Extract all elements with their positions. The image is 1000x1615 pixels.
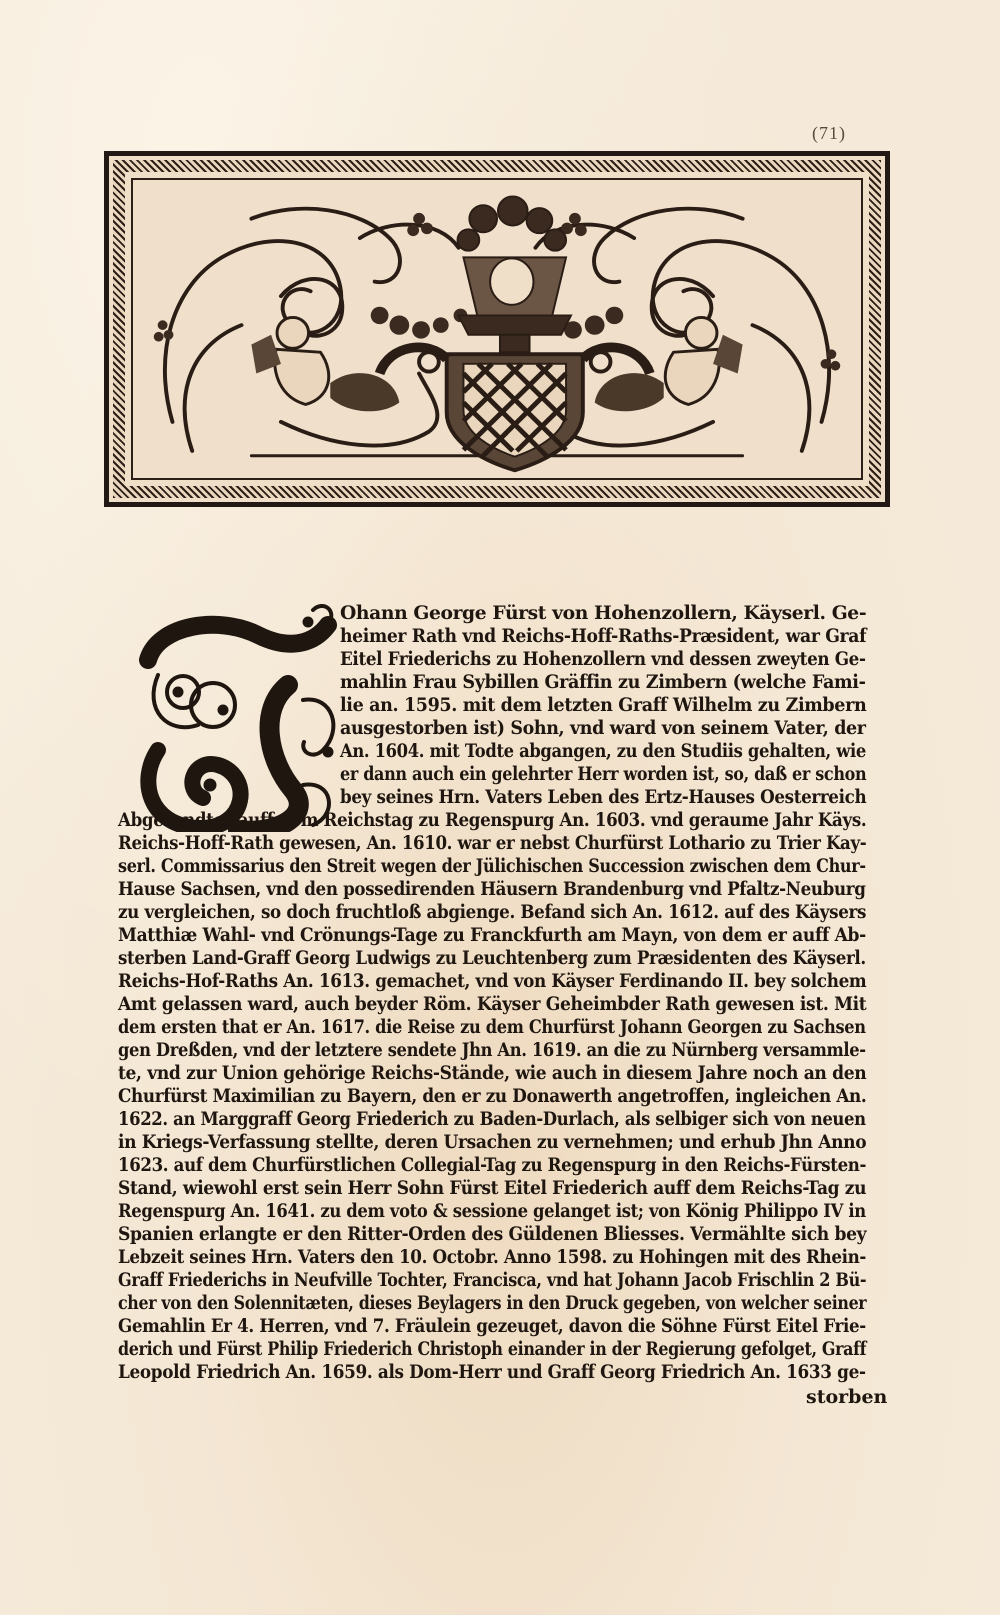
text-line: in Kriegs-Verfassung stellte, deren Ursa… bbox=[118, 1131, 866, 1154]
text-line: Amt gelassen ward, auch beyder Röm. Käys… bbox=[118, 993, 866, 1016]
text-line: Abgesandter auff dem Reichstag zu Regens… bbox=[118, 809, 866, 832]
text-line: ausgestorben ist) Sohn, vnd ward von sei… bbox=[340, 717, 824, 740]
text-line: zu vergleichen, so doch fruchtloß abgien… bbox=[118, 901, 866, 924]
text-line: gen Dreßden, vnd der letztere sendete Jh… bbox=[118, 1039, 866, 1062]
text-line: Gemahlin Er 4. Herren, vnd 7. Fräulein g… bbox=[118, 1315, 866, 1338]
text-line: An. 1604. mit Todte abgangen, zu den Stu… bbox=[340, 740, 793, 763]
text-line: bey seines Hrn. Vaters Leben des Ertz-Ha… bbox=[340, 786, 803, 809]
text-line: Churfürst Maximilian zu Bayern, den er z… bbox=[118, 1085, 866, 1108]
drop-cap-initial bbox=[128, 600, 346, 832]
text-line: mahlin Frau Sybillen Gräffin zu Zimbern … bbox=[340, 671, 827, 694]
text-line: Matthiæ Wahl- vnd Crönungs-Tage zu Franc… bbox=[118, 924, 866, 947]
text-line: sterben Land-Graff Georg Ludwigs zu Leuc… bbox=[118, 947, 866, 970]
ornamental-headpiece bbox=[104, 151, 890, 507]
text-line: serl. Commissarius den Streit wegen der … bbox=[118, 855, 866, 878]
text-line: 1623. auf dem Churfürstlichen Collegial-… bbox=[118, 1154, 866, 1177]
text-line: Hause Sachsen, vnd den possedirenden Häu… bbox=[118, 878, 866, 901]
text-line: Graff Friederichs in Neufville Tochter, … bbox=[118, 1269, 866, 1292]
catchword: storben bbox=[806, 1386, 887, 1408]
text-line: er dann auch ein gelehrter Herr worden i… bbox=[340, 763, 783, 786]
text-line: derich und Fürst Philip Friederich Chris… bbox=[118, 1338, 866, 1361]
text-line: cher von den Solennitæten, dieses Beylag… bbox=[118, 1292, 866, 1315]
text-line: Reichs-Hof-Raths An. 1613. gemachet, vnd… bbox=[118, 970, 866, 993]
text-line: Eitel Friederichs zu Hohenzollern vnd de… bbox=[340, 648, 804, 671]
text-line: Spanien erlangte er den Ritter-Orden des… bbox=[118, 1223, 866, 1246]
headpiece-engraving bbox=[131, 178, 863, 480]
text-line: Stand, wiewohl erst sein Herr Sohn Fürst… bbox=[118, 1177, 866, 1200]
text-line: dem ersten that er An. 1617. die Reise z… bbox=[118, 1016, 866, 1039]
page-number: (71) bbox=[812, 123, 846, 144]
ornamental-initial-j-icon bbox=[128, 600, 346, 832]
text-line: Regenspurg An. 1641. zu dem voto & sessi… bbox=[118, 1200, 866, 1223]
text-line: heimer Rath vnd Reichs-Hoff-Raths-Præsid… bbox=[340, 625, 817, 648]
text-line: lie an. 1595. mit dem letzten Graff Wilh… bbox=[340, 694, 825, 717]
rococo-ornament-icon bbox=[133, 180, 861, 478]
text-line: Leopold Friedrich An. 1659. als Dom-Herr… bbox=[118, 1361, 866, 1384]
text-line: Ohann George Fürst von Hohenzollern, Käy… bbox=[340, 602, 858, 625]
text-line: te, vnd zur Union gehörige Reichs-Stände… bbox=[118, 1062, 866, 1085]
text-line: 1622. an Marggraff Georg Friederich zu B… bbox=[118, 1108, 866, 1131]
text-line: Lebzeit seines Hrn. Vaters den 10. Octob… bbox=[118, 1246, 866, 1269]
text-line: Reichs-Hoff-Rath gewesen, An. 1610. war … bbox=[118, 832, 866, 855]
